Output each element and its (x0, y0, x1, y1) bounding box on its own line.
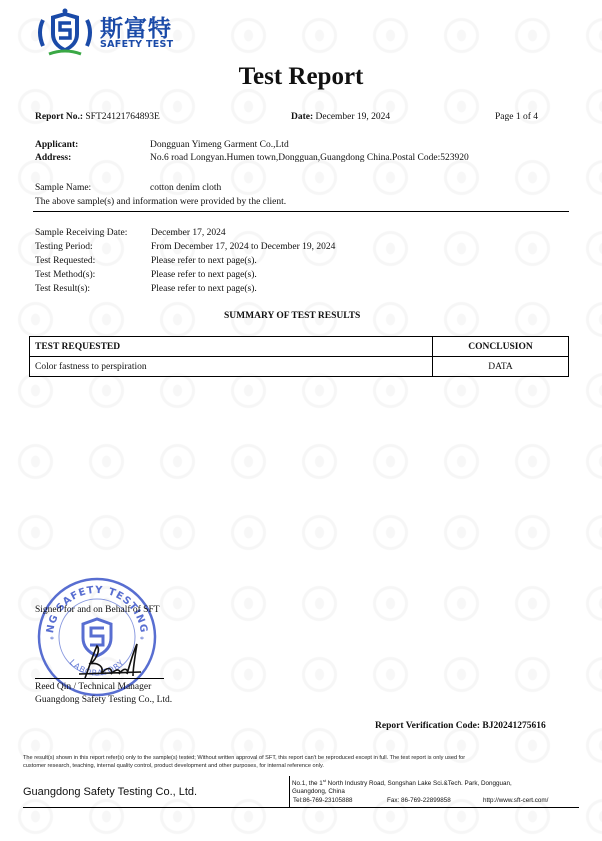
page-title: Test Report (0, 63, 602, 91)
detail-label-period: Testing Period: (35, 242, 93, 252)
watermark-pattern (0, 0, 602, 841)
applicant-label: Applicant: (35, 140, 78, 150)
brand-name-en: SAFETY TEST (100, 39, 173, 50)
shield-logo-icon (33, 8, 97, 58)
verification-value: BJ20241275616 (482, 721, 545, 731)
sample-name-value: cotton denim cloth (150, 183, 221, 193)
signer-company: Guangdong Safety Testing Co., Ltd. (35, 695, 172, 705)
watermark-pattern-inner (0, 0, 602, 841)
report-date-label: Date: (291, 112, 313, 122)
divider (33, 211, 569, 212)
address-part: North Industry Road, Songshan Lake Sci.&… (326, 780, 512, 787)
table-row: Color fastness to perspiration DATA (30, 357, 569, 377)
page-indicator: Page 1 of 4 (495, 112, 538, 122)
address-part: No.1, the 1 (292, 780, 323, 787)
signature (75, 640, 145, 682)
column-header-conclusion: CONCLUSION (433, 337, 569, 357)
detail-value-period: From December 17, 2024 to December 19, 2… (151, 242, 335, 252)
detail-value-method: Please refer to next page(s). (151, 270, 257, 280)
applicant-value: Dongguan Yimeng Garment Co.,Ltd (150, 140, 289, 150)
report-number-value: SFT24121764893E (85, 112, 159, 122)
table-header-row: TEST REQUESTED CONCLUSION (30, 337, 569, 357)
footer-address-line-2: Guangdong, China (292, 788, 345, 795)
verification-label: Report Verification Code: (375, 721, 480, 731)
detail-label-method: Test Method(s): (35, 270, 95, 280)
detail-value-requested: Please refer to next page(s). (151, 256, 257, 266)
footer-divider (289, 776, 290, 808)
report-date-value: December 19, 2024 (316, 112, 391, 122)
detail-label-result: Test Result(s): (35, 284, 90, 294)
footer-website-link[interactable]: http://www.sft-cert.com/ (483, 797, 548, 804)
test-requested-cell: Color fastness to perspiration (30, 357, 433, 377)
conclusion-cell: DATA (433, 357, 569, 377)
sample-note: The above sample(s) and information were… (35, 197, 286, 207)
address-value: No.6 road Longyan.Humen town,Dongguan,Gu… (150, 153, 469, 163)
signed-for-label: Signed for and on Behalf of SFT (35, 605, 160, 615)
footer-tel: Tel:86-769-23105888 (293, 797, 353, 804)
disclaimer-line-2: customer research, teaching, internal qu… (23, 763, 324, 769)
report-date: Date: December 19, 2024 (291, 112, 390, 122)
company-logo: 斯富特 SAFETY TEST (33, 8, 193, 58)
svg-text:*: * (50, 635, 54, 644)
signer-name: Reed Qin / Technical Manager (35, 682, 151, 692)
footer-address-line-1: No.1, the 1st North Industry Road, Songs… (292, 778, 512, 787)
footer-rule (23, 807, 579, 808)
report-number-label: Report No.: (35, 112, 83, 122)
address-label: Address: (35, 153, 71, 163)
verification-code: Report Verification Code: BJ20241275616 (375, 721, 546, 731)
detail-value-result: Please refer to next page(s). (151, 284, 257, 294)
summary-table: TEST REQUESTED CONCLUSION Color fastness… (29, 336, 569, 377)
disclaimer-line-1: The result(s) shown in this report refer… (23, 755, 465, 761)
report-number: Report No.: SFT24121764893E (35, 112, 160, 122)
detail-value-receiving: December 17, 2024 (151, 228, 226, 238)
column-header-test: TEST REQUESTED (30, 337, 433, 357)
summary-heading: SUMMARY OF TEST RESULTS (224, 311, 360, 321)
footer-fax: Fax: 86-769-22899858 (387, 797, 451, 804)
detail-label-requested: Test Requested: (35, 256, 95, 266)
detail-label-receiving: Sample Receiving Date: (35, 228, 127, 238)
handwritten-signature-icon (75, 640, 145, 682)
sample-name-label: Sample Name: (35, 183, 91, 193)
footer-company-name: Guangdong Safety Testing Co., Ltd. (23, 786, 197, 798)
